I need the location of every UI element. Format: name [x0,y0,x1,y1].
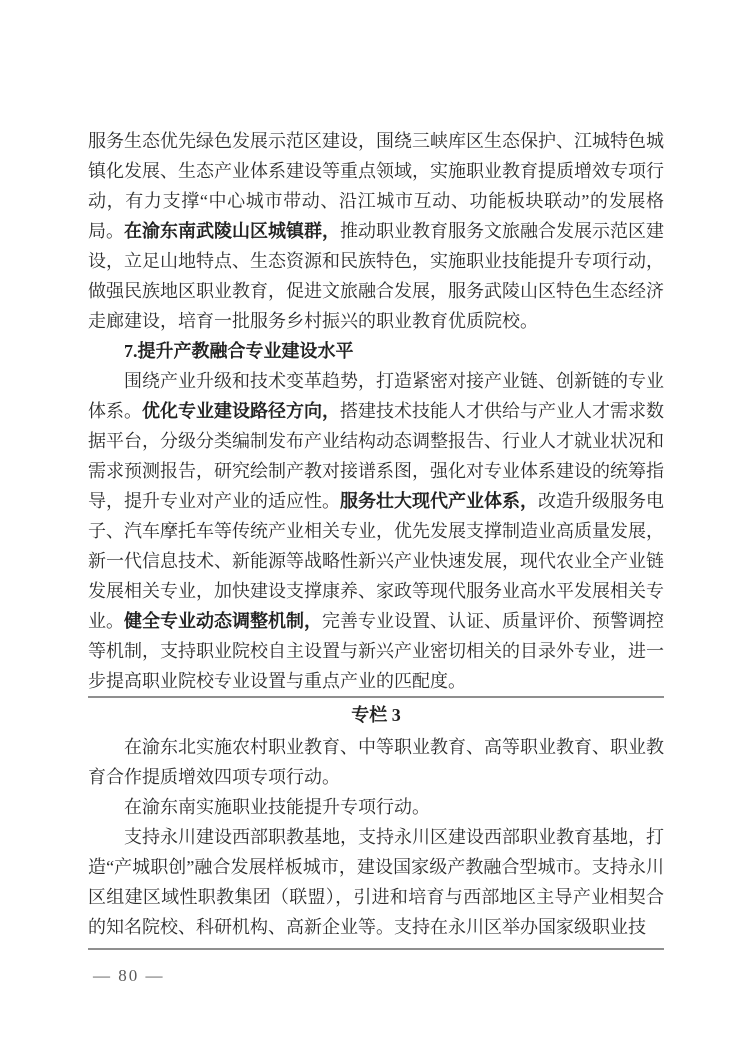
emphasis-run: 健全专业动态调整机制， [124,611,322,631]
text-run: 改造升级服务电子、汽车摩托车等传统产业相关专业，优先发展支撑制造业高质量发展，新… [88,491,664,631]
column-paragraph-1: 在渝东北实施农村职业教育、中等职业教育、高等职业教育、职业教育合作提质增效四项专… [88,732,664,792]
body-paragraph-2: 围绕产业升级和技术变革趋势，打造紧密对接产业链、创新链的专业体系。优化专业建设路… [88,366,664,696]
emphasis-run: 在渝东南武陵山区城镇群， [124,221,340,241]
emphasis-run: 服务壮大现代产业体系， [340,491,538,511]
page-number: — 80 — [93,966,165,986]
column-paragraph-3: 支持永川建设西部职教基地，支持永川区建设西部职业教育基地，打造“产城职创”融合发… [88,822,664,942]
column-paragraph-2: 在渝东南实施职业技能提升专项行动。 [88,792,664,822]
document-page: 服务生态优先绿色发展示范区建设，围绕三峡库区生态保护、江城特色城镇化发展、生态产… [0,0,745,1056]
emphasis-run: 优化专业建设路径方向， [142,401,340,421]
section-heading: 7.提升产教融合专业建设水平 [88,336,664,366]
page-content: 服务生态优先绿色发展示范区建设，围绕三峡库区生态保护、江城特色城镇化发展、生态产… [88,126,664,950]
column-box: 专栏 3 在渝东北实施农村职业教育、中等职业教育、高等职业教育、职业教育合作提质… [88,696,664,950]
column-title: 专栏 3 [88,700,664,730]
body-paragraph-1: 服务生态优先绿色发展示范区建设，围绕三峡库区生态保护、江城特色城镇化发展、生态产… [88,126,664,336]
